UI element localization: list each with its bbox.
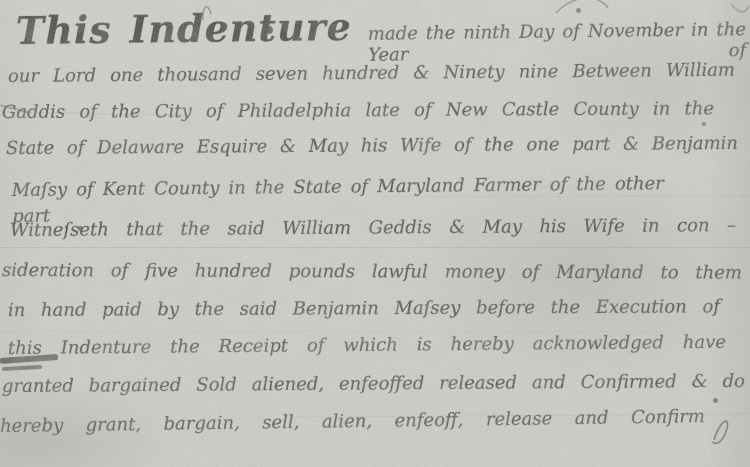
- manuscript-line: in hand paid by the said Benjamin Maſsey…: [8, 294, 720, 324]
- manuscript-scan: This Indenture made the ninth Day of Nov…: [0, 0, 750, 467]
- manuscript-line: hereby grant, bargain, sell, alien, enfe…: [0, 404, 705, 440]
- opening-word-indenture: Indenture: [129, 4, 352, 52]
- manuscript-line: Gaddis of the City of Philadelphia late …: [2, 96, 714, 126]
- manuscript-line: State of Delaware Esquire & May his Wife…: [6, 131, 738, 162]
- manuscript-line: Witneſseth that the said William Geddis …: [10, 213, 736, 244]
- manuscript-line: this Indenture the Receipt of which is h…: [8, 330, 726, 362]
- manuscript-line: sideration of five hundred pounds lawful…: [2, 258, 742, 287]
- manuscript-line: our Lord one thousand seven hundred & Ni…: [8, 58, 735, 90]
- manuscript-line: granted bargained Sold aliened, enfeoffe…: [2, 369, 745, 400]
- opening-word-this: This: [16, 7, 112, 53]
- text-layer: This Indenture made the ninth Day of Nov…: [0, 0, 750, 467]
